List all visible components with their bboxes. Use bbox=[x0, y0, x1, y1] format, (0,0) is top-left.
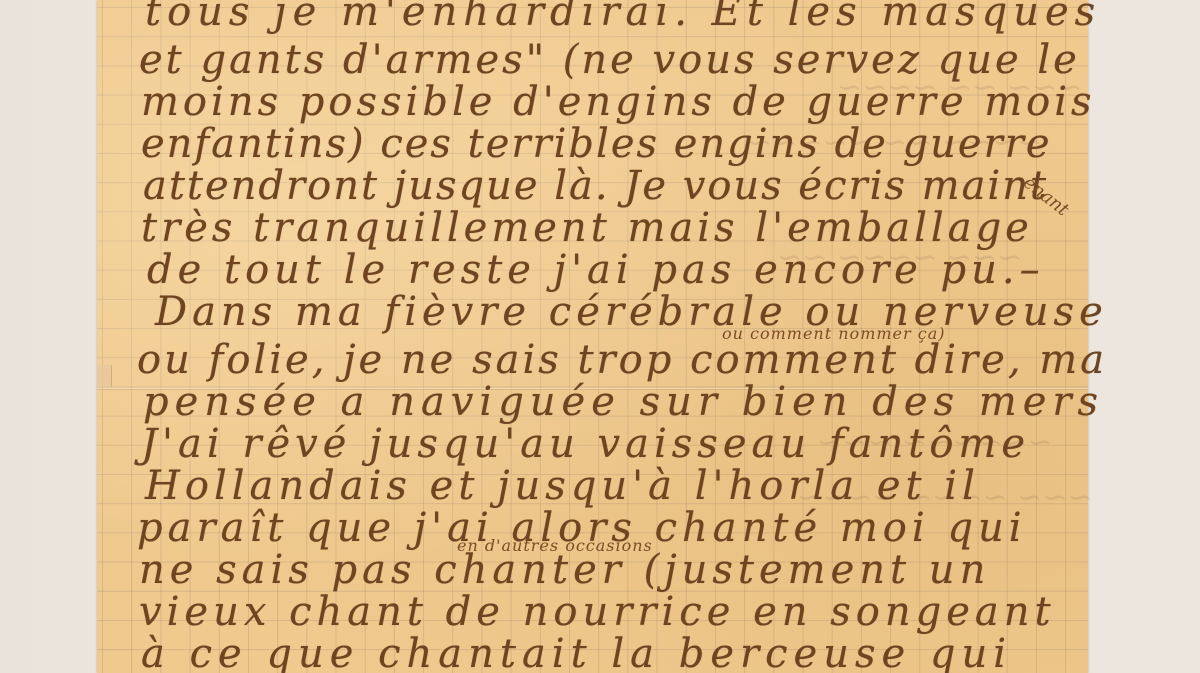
manuscript-line: tous je m'enhardirai. Et les masques bbox=[145, 0, 1101, 32]
manuscript-line: vieux chant de nourrice en songeant bbox=[139, 592, 1056, 632]
manuscript-line: Hollandais et jusqu'à l'horla et il bbox=[145, 466, 980, 506]
manuscript-line: moins possible d'engins de guerre mois bbox=[141, 82, 1096, 122]
manuscript-line: ou folie, je ne sais trop comment dire, … bbox=[137, 340, 1107, 380]
manuscript-line: et gants d'armes" (ne vous servez que le bbox=[139, 40, 1080, 80]
manuscript-line: de tout le reste j'ai pas encore pu.– bbox=[147, 250, 1045, 290]
manuscript-line: très tranquillement mais l'emballage bbox=[141, 208, 1033, 248]
paper-tear bbox=[97, 365, 112, 387]
manuscript-line: enfantins) ces terribles engins de guerr… bbox=[141, 124, 1052, 164]
manuscript-line: J'ai rêvé jusqu'au vaisseau fantôme bbox=[141, 424, 1030, 464]
document-viewer: ~~~ ~~ ~~~~ ~~~~ ~~ ~~~~~ ~~~ ~~~~ ~~ ~~… bbox=[0, 0, 1200, 673]
manuscript-line: ne sais pas chanter (justement un bbox=[139, 550, 990, 590]
manuscript-line: Dans ma fièvre cérébrale ou nerveuse bbox=[155, 292, 1108, 332]
manuscript-page: ~~~ ~~ ~~~~ ~~~~ ~~ ~~~~~ ~~~ ~~~~ ~~ ~~… bbox=[97, 0, 1088, 673]
manuscript-line: pensée a naviguée sur bien des mers bbox=[143, 382, 1104, 422]
manuscript-line: à ce que chantait la berceuse qui bbox=[141, 634, 1012, 673]
manuscript-line: attendront jusque là. Je vous écris main… bbox=[143, 166, 1048, 206]
